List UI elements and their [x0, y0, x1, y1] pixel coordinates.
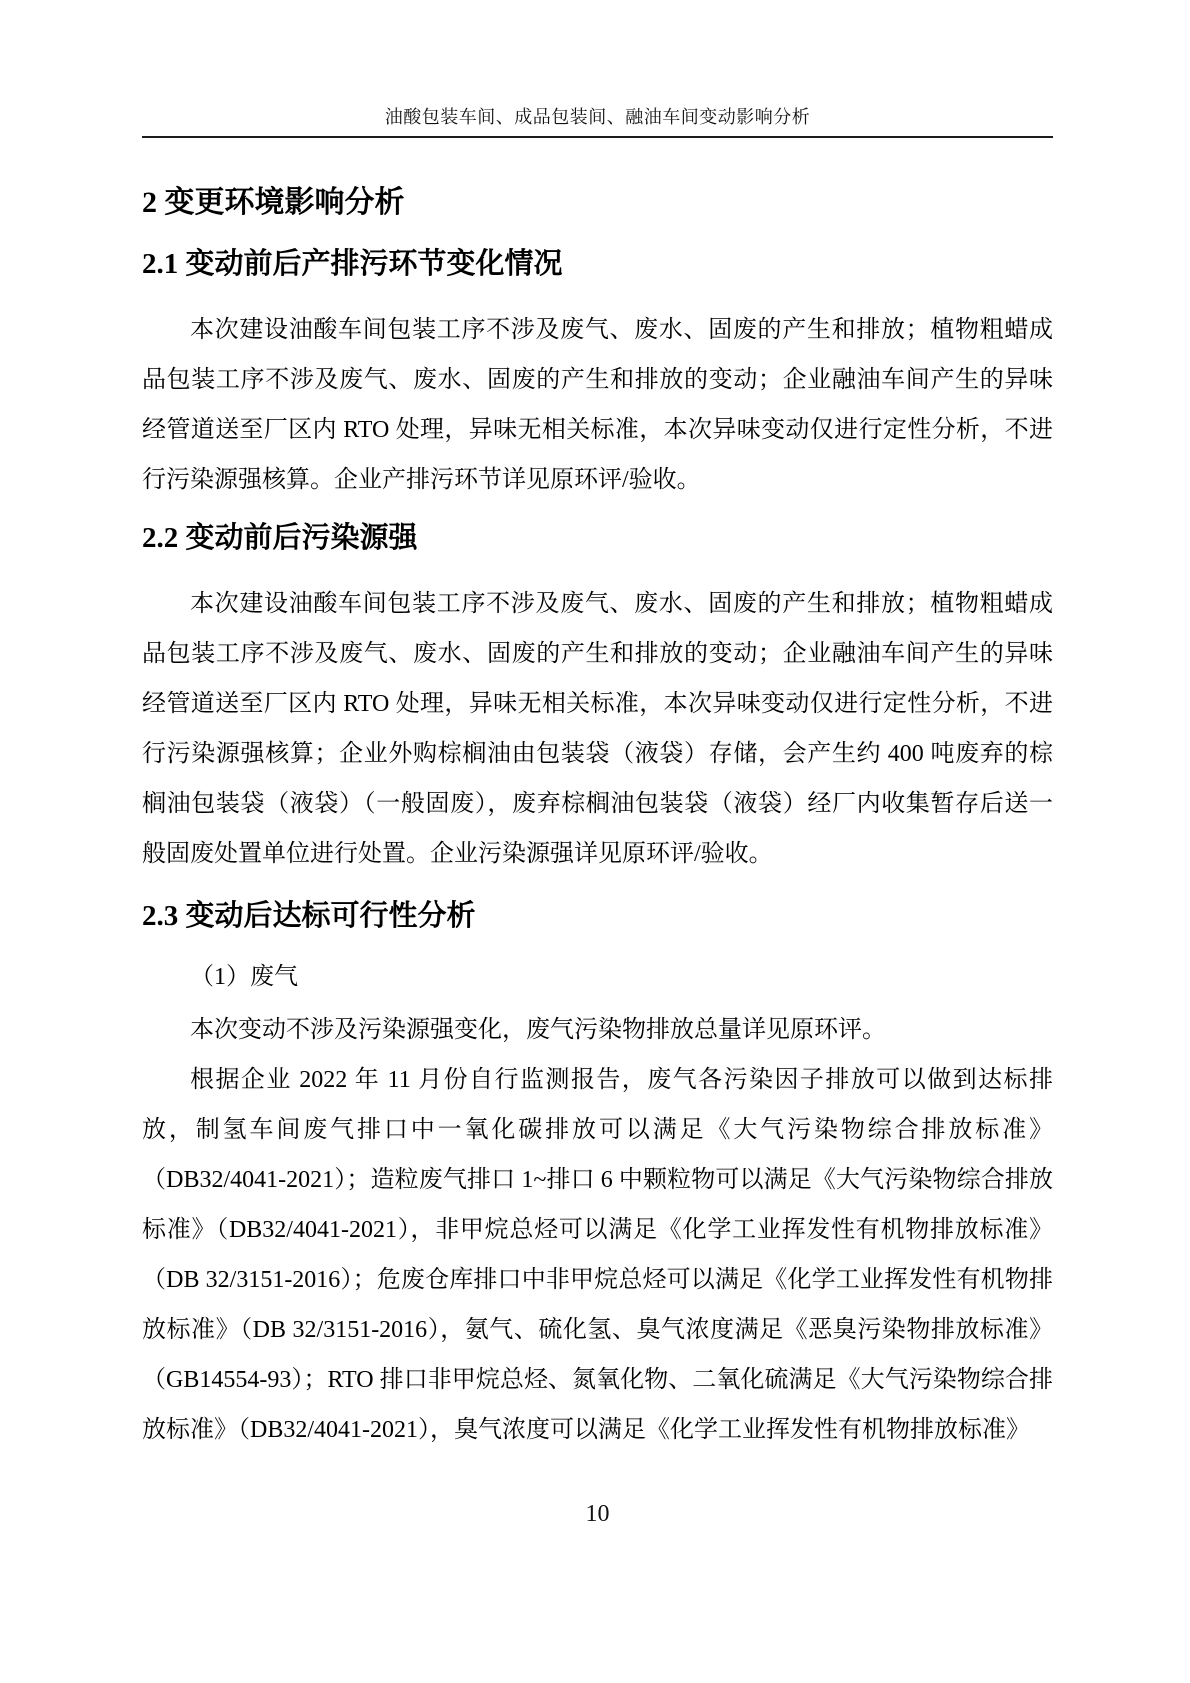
section-2-1-paragraph: 本次建设油酸车间包装工序不涉及废气、废水、固废的产生和排放；植物粗蜡成品包装工序…: [142, 305, 1053, 505]
section-2-2-heading: 2.2 变动前后污染源强: [142, 524, 1053, 553]
section-2-3-paragraph-2: 根据企业 2022 年 11 月份自行监测报告，废气各污染因子排放可以做到达标排…: [142, 1055, 1053, 1455]
section-2-3-item-1-label: （1）废气: [142, 952, 1053, 1002]
page-header: 油酸包装车间、成品包装间、融油车间变动影响分析: [142, 0, 1053, 138]
document-body: 2 变更环境影响分析 2.1 变动前后产排污环节变化情况 本次建设油酸车间包装工…: [142, 188, 1053, 1455]
section-2-3-paragraph-1: 本次变动不涉及污染源强变化，废气污染物排放总量详见原环评。: [142, 1005, 1053, 1055]
page-number: 10: [586, 1501, 610, 1527]
section-2-1-heading: 2.1 变动前后产排污环节变化情况: [142, 250, 1053, 279]
section-2-2-paragraph: 本次建设油酸车间包装工序不涉及废气、废水、固废的产生和排放；植物粗蜡成品包装工序…: [142, 579, 1053, 879]
header-title: 油酸包装车间、成品包装间、融油车间变动影响分析: [142, 108, 1053, 126]
page-footer: 10: [142, 1502, 1053, 1526]
document-page: 油酸包装车间、成品包装间、融油车间变动影响分析 2 变更环境影响分析 2.1 变…: [0, 0, 1190, 1683]
section-2-3-heading: 2.3 变动后达标可行性分析: [142, 902, 1053, 931]
chapter-2-heading: 2 变更环境影响分析: [142, 188, 1053, 218]
